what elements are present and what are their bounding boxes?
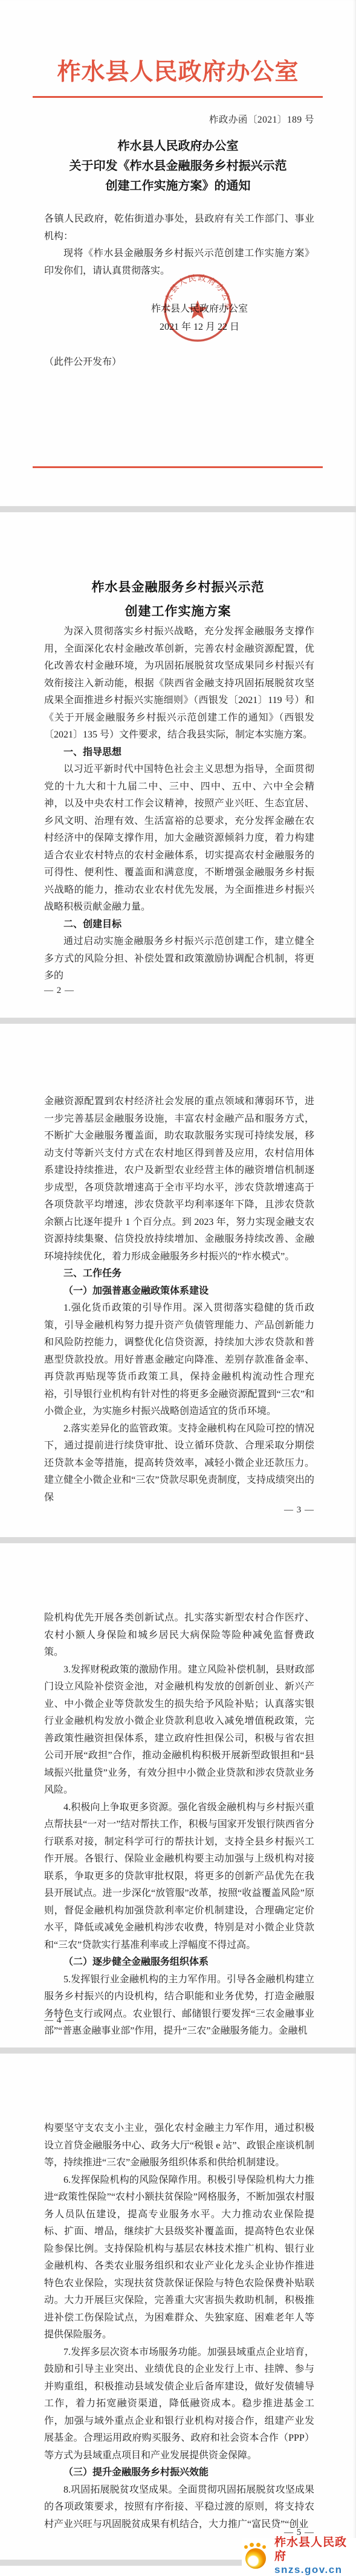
red-divider-bottom [33,466,323,468]
paragraph: 8.巩固拓展脱贫攻坚成果。全面贯彻巩固拓展脱贫攻坚成果的各项政策要求，按照有序衔… [44,2482,314,2534]
paragraph: 3.发挥财税政策的激励作用。建立风险补偿机制，县财政部门设立风险补偿资金池，对金… [44,1662,314,1799]
plan-title: 柞水县金融服务乡村振兴示范 创建工作实施方案 [0,512,356,623]
paragraph: 6.发挥保险机构的风险保障作用。积极引导保险机构大力推进“政策性保险”“农村小额… [44,2172,314,2344]
page-5-content: 构要坚守支农支小主业，强化农村金融主力军作用，通过积极设立首贷金融服务中心、政务… [0,2054,356,2533]
page-1: 柞水县人民政府办公室 柞政办函〔2021〕189 号 柞水县人民政府办公室 关于… [0,0,356,506]
public-release-note: （此件公开发布） [44,354,121,368]
paragraph: 以习近平新时代中国特色社会主义思想为指导，全面贯彻党的十九大和十九届二中、三中、… [44,761,314,916]
page-separator [0,506,356,512]
red-divider-top [33,96,323,98]
page-number: — 4 — [44,2016,74,2026]
recipients-line: 各镇人民政府，乾佑街道办事处，县政府有关工作部门、事业机构： [44,211,314,245]
page-2-content: 为深入贯彻落实乡村振兴战略，充分发挥金融服务支撑作用，全面深化农村金融改革创新，… [0,623,356,985]
site-watermark: 柞水县人民政府 snzs.gov.cn [242,2538,356,2574]
page-3: 金融资源配置到农村经济社会发展的重点领域和薄弱环节，进一步完善基层金融服务设施，… [0,1024,356,1537]
paragraph: 1.强化货币政策的引导作用。深入贯彻落实稳健的货币政策，引导金融机构努力提升资产… [44,1300,314,1421]
page-4: 险机构优先开展各类创新试点。扎实落实新型农村合作医疗、农村小额人身保险和城乡居民… [0,1543,356,2048]
page-separator [0,1537,356,1543]
subsection-heading: （二）逐步健全金融服务组织体系 [44,1954,314,1971]
page-5: 构要坚守支农支小主业，强化农村金融主力军作用，通过积极设立首贷金融服务中心、政务… [0,2054,356,2560]
paragraph: 7.发挥多层次资本市场服务功能。加强县域重点企业培育，鼓励和引导主业突出、业绩优… [44,2344,314,2465]
plan-title-line-2: 创建工作实施方案 [0,599,356,623]
site-watermark-text: 柞水县人民政府 snzs.gov.cn [274,2536,356,2576]
document-number: 柞政办函〔2021〕189 号 [209,112,314,126]
section-heading: 一、指导思想 [44,744,314,762]
paragraph: 为深入贯彻落实乡村振兴战略，充分发挥金融服务支撑作用，全面深化农村金融改革创新，… [44,623,314,744]
notice-body: 各镇人民政府，乾佑街道办事处，县政府有关工作部门、事业机构： 现将《柞水县金融服… [44,211,314,280]
page-separator [0,2048,356,2054]
notice-title-line-3: 创建工作实施方案》的通知 [0,176,356,196]
page-number: — 3 — [284,1505,314,1515]
government-logo-icon [244,2543,270,2569]
subsection-heading: （三）提升金融服务乡村振兴效能 [44,2464,314,2482]
notice-title-line-2: 关于印发《柞水县金融服务乡村振兴示范 [0,156,356,176]
section-heading: 三、工作任务 [44,1265,314,1283]
paragraph-continued: 金融资源配置到农村经济社会发展的重点领域和薄弱环节，进一步完善基层金融服务设施，… [44,1093,314,1265]
page-4-content: 险机构优先开展各类创新试点。扎实落实新型农村合作医疗、农村小额人身保险和城乡居民… [0,1543,356,2040]
page-2: 柞水县金融服务乡村振兴示范 创建工作实施方案 为深入贯彻落实乡村振兴战略，充分发… [0,512,356,1018]
notice-title: 柞水县人民政府办公室 关于印发《柞水县金融服务乡村振兴示范 创建工作实施方案》的… [0,137,356,196]
document: 柞水县人民政府办公室 柞政办函〔2021〕189 号 柞水县人民政府办公室 关于… [0,0,356,2574]
paragraph: 通过启动实施金融服务乡村振兴示范创建工作，建立健全多方式的风险分担、补偿处置和政… [44,933,314,985]
paragraph-continued: 险机构优先开展各类创新试点。扎实落实新型农村合作医疗、农村小额人身保险和城乡居民… [44,1610,314,1662]
agency-red-header: 柞水县人民政府办公室 [0,0,356,90]
section-heading: 二、创建目标 [44,916,314,934]
page-3-content: 金融资源配置到农村经济社会发展的重点领域和薄弱环节，进一步完善基层金融服务设施，… [0,1024,356,1506]
subsection-heading: （一）加强普惠金融政策体系建设 [44,1283,314,1300]
paragraph: 4.积极向上争取更多资源。强化省级金融机构与乡村振兴重点帮扶县“一对一”结对帮扶… [44,1799,314,1954]
page-separator [0,1018,356,1024]
seal-star-icon [188,300,207,319]
page-number: — 2 — [44,986,74,996]
official-seal: 柞水县人民政府办公室 [162,272,233,344]
site-name: 柞水县人民政府 [274,2536,356,2564]
plan-title-line-1: 柞水县金融服务乡村振兴示范 [0,575,356,599]
paragraph-continued: 构要坚守支农支小主业，强化农村金融主力军作用，通过积极设立首贷金融服务中心、政务… [44,2120,314,2172]
notice-title-line-1: 柞水县人民政府办公室 [0,137,356,156]
paragraph: 2.落实差异化的监管政策。支持金融机构在风险可控的情况下，通过提前进行续贷审批、… [44,1421,314,1507]
paragraph: 5.发挥银行业金融机构的主力军作用。引导各金融机构建立服务乡村振兴的内设机构，结… [44,1971,314,2040]
